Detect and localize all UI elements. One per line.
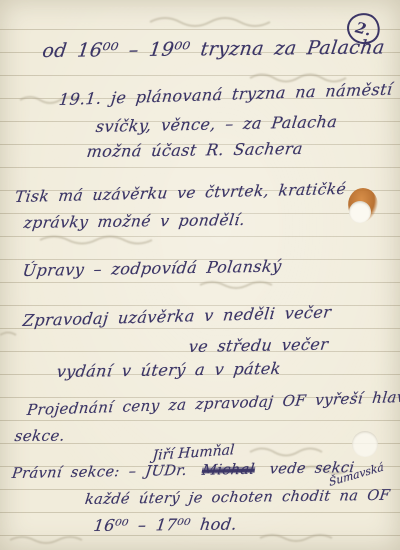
handwritten-line: možná účast R. Sachera [86,139,305,161]
hole-punch [349,201,371,223]
handwritten-line: sekce. [14,427,66,445]
handwritten-line: každé úterý je ochoten chodit na OF kol [84,487,400,508]
inserted-correction: Jiří Humňal [152,442,235,464]
handwritten-line: Projednání ceny za zpravodaj OF vyřeší h… [26,387,400,419]
handwritten-line: ve středu večer [188,335,330,356]
handwritten-line: Úpravy – zodpovídá Polanský [22,256,283,280]
handwritten-line: zprávky možné v pondělí. [23,211,247,232]
handwritten-note-page: 2. od 16⁰⁰ – 19⁰⁰ tryzna za Palacha 19.1… [0,0,400,550]
handwritten-line: Zpravodaj uzávěrka v neděli večer [22,302,333,330]
handwritten-line: 19.1. je plánovaná tryzna na náměstí [58,80,394,110]
hole-punch [352,431,378,457]
handwritten-line: Právní sekce: – JUDr. Michal vede sekci [11,460,355,482]
handwritten-line: od 16⁰⁰ – 19⁰⁰ tryzna za Palacha [41,36,386,62]
struck-out-name: Michal [201,462,256,479]
legal-section-intro: Právní sekce: – JUDr. [11,463,188,482]
handwritten-line: Tisk má uzávěrku ve čtvrtek, kratičké [14,180,347,206]
handwritten-line: svíčky, věnce, – za Palacha [95,112,339,136]
legal-section-line2: každé úterý je ochoten chodit na OF [84,488,391,508]
handwritten-line: 16⁰⁰ – 17⁰⁰ hod. [93,514,239,535]
handwritten-line: vydání v úterý a v pátek [56,359,283,381]
